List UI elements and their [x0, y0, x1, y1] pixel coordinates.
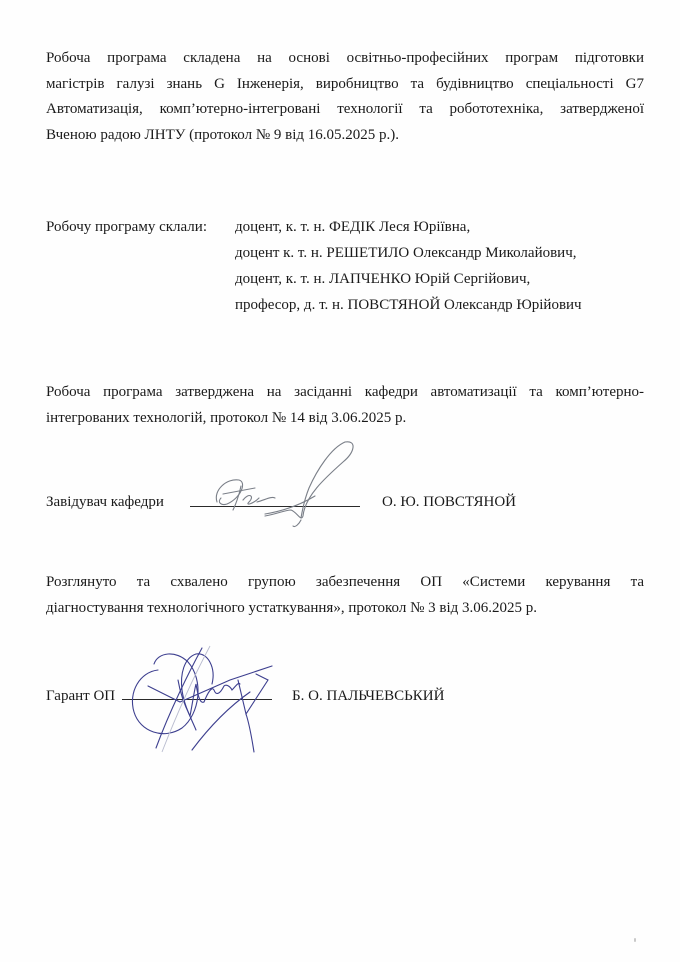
paragraph-line: Робоча програма затверджена на засіданні…	[46, 380, 644, 406]
department-approval-paragraph: Робоча програма затверджена на засіданні…	[46, 380, 644, 431]
paragraph-line: інтегрованих технологій, протокол № 14 в…	[46, 406, 644, 432]
document-page: Робоча програма складена на основі освіт…	[0, 0, 680, 962]
author-item: доцент к. т. н. РЕШЕТИЛО Олександр Микол…	[235, 240, 582, 266]
paragraph-line: діагностування технологічного устаткуван…	[46, 596, 644, 622]
scan-artifact	[634, 938, 636, 942]
op-group-approval-paragraph: Розглянуто та схвалено групою забезпечен…	[46, 570, 644, 621]
signature-line	[190, 506, 360, 507]
guarantor-signature-row: Гарант ОП Б. О. ПАЛЬЧЕВСЬКИЙ	[46, 676, 646, 706]
signer-role: Завідувач кафедри	[46, 492, 164, 512]
paragraph-line: Робоча програма складена на основі освіт…	[46, 46, 644, 72]
author-item: доцент, к. т. н. ФЕДІК Леся Юріївна,	[235, 214, 582, 240]
paragraph-line: Розглянуто та схвалено групою забезпечен…	[46, 570, 644, 596]
paragraph-line: Вченою радою ЛНТУ (протокол № 9 від 16.0…	[46, 123, 644, 149]
head-of-department-signature-row: Завідувач кафедри О. Ю. ПОВСТЯНОЙ	[46, 482, 646, 512]
program-basis-paragraph: Робоча програма складена на основі освіт…	[46, 46, 644, 148]
paragraph-line: магістрів галузі знань G Інженерія, виро…	[46, 72, 644, 98]
signer-name: О. Ю. ПОВСТЯНОЙ	[382, 492, 516, 512]
authors-label: Робочу програму склали:	[46, 214, 207, 240]
author-item: професор, д. т. н. ПОВСТЯНОЙ Олександр Ю…	[235, 292, 582, 318]
paragraph-line: Автоматизація, комп’ютерно-інтегровані т…	[46, 97, 644, 123]
author-item: доцент, к. т. н. ЛАПЧЕНКО Юрій Сергійови…	[235, 266, 582, 292]
authors-list: доцент, к. т. н. ФЕДІК Леся Юріївна, доц…	[235, 214, 582, 318]
signature-line	[122, 699, 272, 700]
signer-role: Гарант ОП	[46, 686, 115, 706]
signer-name: Б. О. ПАЛЬЧЕВСЬКИЙ	[292, 686, 444, 706]
